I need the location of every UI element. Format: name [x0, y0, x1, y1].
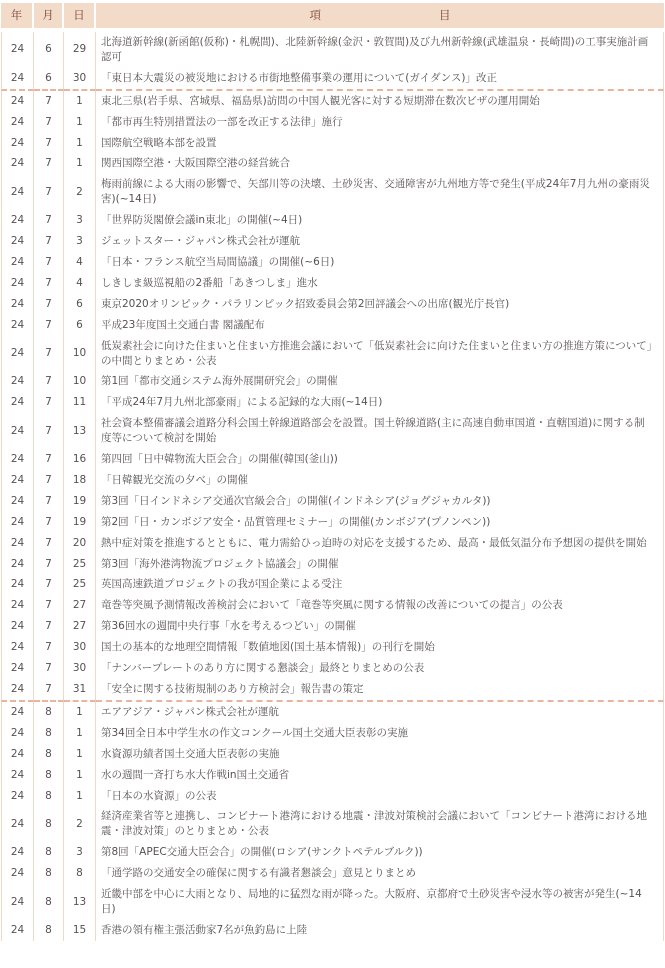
month-cell: 7 [34, 294, 64, 315]
table-row: 24 8 1 水資源功績者国土交通大臣表彰の実施 [1, 744, 664, 765]
year-cell: 24 [1, 658, 34, 679]
table-row: 24 8 1 第34回全日本中学生水の作文コンクール国土交通大臣表彰の実施 [1, 723, 664, 744]
table-row: 24 8 3 第8回「APEC交通大臣会合」の開催(ロシア(サンクトペテルブルク… [1, 842, 664, 863]
item-cell: 「東日本大震災の被災地における市街地整備事業の運用について(ガイダンス)」改正 [96, 68, 664, 91]
item-cell: 低炭素社会に向けた住まいと住まい方推進会議において「低炭素社会に向けた住まいと住… [96, 336, 664, 372]
month-cell: 7 [34, 554, 64, 575]
year-cell: 24 [1, 806, 34, 842]
day-cell: 1 [64, 786, 96, 807]
item-cell: 第3回「海外港湾物流プロジェクト協議会」の開催 [96, 554, 664, 575]
day-cell: 16 [64, 449, 96, 470]
table-row: 24 7 25 英国高速鉄道プロジェクトの我が国企業による受注 [1, 574, 664, 595]
item-cell: 竜巻等突風予測情報改善検討会において「竜巻等突風に関する情報の改善についての提言… [96, 595, 664, 616]
table-row: 24 8 2 経済産業省等と連携し、コンビナート港湾における地震・津波対策検討会… [1, 806, 664, 842]
item-cell: 「日本・フランス航空当局間協議」の開催(~6日) [96, 252, 664, 273]
month-cell: 7 [34, 679, 64, 702]
header-month: 月 [34, 3, 64, 32]
table-row: 24 7 4 しきしま級巡視船の2番船「あきつしま」進水 [1, 273, 664, 294]
item-cell: 「日韓観光交流の夕べ」の開催 [96, 470, 664, 491]
year-cell: 24 [1, 595, 34, 616]
item-cell: 平成23年度国土交通白書 閣議配布 [96, 315, 664, 336]
table-row: 24 7 3 「世界防災閣僚会議in東北」の開催(~4日) [1, 210, 664, 231]
header-item-first-char: 項 [310, 7, 322, 23]
year-cell: 24 [1, 133, 34, 154]
table-header: 年 月 日 項 目 [1, 3, 664, 32]
item-cell: 北海道新幹線(新函館(仮称)・札幌間)、北陸新幹線(金沢・敦賀間)及び九州新幹線… [96, 32, 664, 68]
year-cell: 24 [1, 533, 34, 554]
item-cell: しきしま級巡視船の2番船「あきつしま」進水 [96, 273, 664, 294]
item-cell: 水の週間一斉打ち水大作戦in国土交通省 [96, 765, 664, 786]
month-cell: 7 [34, 336, 64, 372]
month-cell: 7 [34, 174, 64, 210]
year-cell: 24 [1, 863, 34, 884]
table-row: 24 7 25 第3回「海外港湾物流プロジェクト協議会」の開催 [1, 554, 664, 575]
item-cell: 第34回全日本中学生水の作文コンクール国土交通大臣表彰の実施 [96, 723, 664, 744]
table-row: 24 8 13 近畿中部を中心に大雨となり、局地的に猛烈な雨が降った。大阪府、京… [1, 884, 664, 920]
year-cell: 24 [1, 449, 34, 470]
year-cell: 24 [1, 554, 34, 575]
year-cell: 24 [1, 637, 34, 658]
table-row: 24 7 3 ジェットスター・ジャパン株式会社が運航 [1, 231, 664, 252]
day-cell: 19 [64, 491, 96, 512]
day-cell: 10 [64, 371, 96, 392]
item-cell: 第2回「日・カンボジア安全・品質管理セミナー」の開催(カンボジア(プノンペン)) [96, 512, 664, 533]
table-row: 24 7 30 「ナンバープレートのあり方に関する懇談会」最終とりまとめの公表 [1, 658, 664, 679]
header-day: 日 [64, 3, 96, 32]
year-cell: 24 [1, 413, 34, 449]
table-row: 24 7 1 関西国際空港・大阪国際空港の経営統合 [1, 153, 664, 174]
item-cell: 第36回水の週間中央行事「水を考えるつどい」の開催 [96, 616, 664, 637]
day-cell: 6 [64, 294, 96, 315]
month-cell: 8 [34, 920, 64, 941]
item-cell: 第1回「都市交通システム海外展開研究会」の開催 [96, 371, 664, 392]
day-cell: 10 [64, 336, 96, 372]
header-item: 項 目 [96, 3, 664, 32]
year-cell: 24 [1, 470, 34, 491]
month-cell: 7 [34, 392, 64, 413]
table-row: 24 7 4 「日本・フランス航空当局間協議」の開催(~6日) [1, 252, 664, 273]
year-cell: 24 [1, 616, 34, 637]
month-cell: 8 [34, 842, 64, 863]
item-cell: 社会資本整備審議会道路分科会国土幹線道路部会を設置。国土幹線道路(主に高速自動車… [96, 413, 664, 449]
item-cell: 第3回「日インドネシア交通次官級会合」の開催(インドネシア(ジョグジャカルタ)) [96, 491, 664, 512]
item-cell: 「ナンバープレートのあり方に関する懇談会」最終とりまとめの公表 [96, 658, 664, 679]
day-cell: 1 [64, 723, 96, 744]
table-row: 24 7 11 「平成24年7月九州北部豪雨」による記録的な大雨(~14日) [1, 392, 664, 413]
item-cell: 「日本の水資源」の公表 [96, 786, 664, 807]
month-cell: 7 [34, 637, 64, 658]
day-cell: 1 [64, 133, 96, 154]
header-row: 年 月 日 項 目 [1, 3, 664, 32]
year-cell: 24 [1, 744, 34, 765]
day-cell: 1 [64, 153, 96, 174]
item-cell: 国土の基本的な地理空間情報「数値地図(国土基本情報)」の刊行を開始 [96, 637, 664, 658]
month-cell: 8 [34, 884, 64, 920]
day-cell: 3 [64, 842, 96, 863]
table-row: 24 6 30 「東日本大震災の被災地における市街地整備事業の運用について(ガイ… [1, 68, 664, 91]
table-row: 24 7 1 「都市再生特別措置法の一部を改正する法律」施行 [1, 112, 664, 133]
table-row: 24 7 31 「安全に関する技術規制のあり方検討会」報告書の策定 [1, 679, 664, 702]
month-cell: 7 [34, 252, 64, 273]
month-cell: 7 [34, 491, 64, 512]
day-cell: 30 [64, 658, 96, 679]
header-item-second-char: 目 [439, 7, 451, 23]
month-cell: 7 [34, 512, 64, 533]
month-cell: 7 [34, 112, 64, 133]
year-cell: 24 [1, 723, 34, 744]
item-cell: 「通学路の交通安全の確保に関する有識者懇談会」意見とりまとめ [96, 863, 664, 884]
table-row: 24 8 1 水の週間一斉打ち水大作戦in国土交通省 [1, 765, 664, 786]
item-cell: 東北三県(岩手県、宮城県、福島県)訪問の中国人観光客に対する短期滞在数次ビザの運… [96, 91, 664, 112]
day-cell: 6 [64, 315, 96, 336]
item-cell: 「平成24年7月九州北部豪雨」による記録的な大雨(~14日) [96, 392, 664, 413]
year-cell: 24 [1, 252, 34, 273]
day-cell: 27 [64, 595, 96, 616]
item-cell: 梅雨前線による大雨の影響で、矢部川等の決壊、土砂災害、交通障害が九州地方等で発生… [96, 174, 664, 210]
table-row: 24 7 1 国際航空戦略本部を設置 [1, 133, 664, 154]
day-cell: 19 [64, 512, 96, 533]
day-cell: 3 [64, 231, 96, 252]
day-cell: 29 [64, 32, 96, 68]
item-cell: ジェットスター・ジャパン株式会社が運航 [96, 231, 664, 252]
table-row: 24 7 20 熱中症対策を推進するとともに、電力需給ひっ迫時の対応を支援するた… [1, 533, 664, 554]
year-cell: 24 [1, 679, 34, 702]
month-cell: 8 [34, 744, 64, 765]
month-cell: 8 [34, 723, 64, 744]
year-cell: 24 [1, 786, 34, 807]
year-cell: 24 [1, 392, 34, 413]
item-cell: 第四回「日中韓物流大臣会合」の開催(韓国(釜山)) [96, 449, 664, 470]
day-cell: 31 [64, 679, 96, 702]
month-cell: 8 [34, 702, 64, 723]
day-cell: 1 [64, 765, 96, 786]
table-body: 24 6 29 北海道新幹線(新函館(仮称)・札幌間)、北陸新幹線(金沢・敦賀間… [1, 32, 664, 941]
day-cell: 18 [64, 470, 96, 491]
day-cell: 30 [64, 637, 96, 658]
month-cell: 6 [34, 32, 64, 68]
month-cell: 7 [34, 574, 64, 595]
year-cell: 24 [1, 91, 34, 112]
table-row: 24 7 27 第36回水の週間中央行事「水を考えるつどい」の開催 [1, 616, 664, 637]
year-cell: 24 [1, 842, 34, 863]
item-cell: エアアジア・ジャパン株式会社が運航 [96, 702, 664, 723]
table-row: 24 7 1 東北三県(岩手県、宮城県、福島県)訪問の中国人観光客に対する短期滞… [1, 91, 664, 112]
year-cell: 24 [1, 512, 34, 533]
month-cell: 7 [34, 153, 64, 174]
day-cell: 15 [64, 920, 96, 941]
table-row: 24 7 19 第3回「日インドネシア交通次官級会合」の開催(インドネシア(ジョ… [1, 491, 664, 512]
month-cell: 7 [34, 533, 64, 554]
month-cell: 6 [34, 68, 64, 91]
day-cell: 2 [64, 174, 96, 210]
year-cell: 24 [1, 153, 34, 174]
day-cell: 4 [64, 252, 96, 273]
day-cell: 3 [64, 210, 96, 231]
year-cell: 24 [1, 371, 34, 392]
table-row: 24 7 19 第2回「日・カンボジア安全・品質管理セミナー」の開催(カンボジア… [1, 512, 664, 533]
item-cell: 水資源功績者国土交通大臣表彰の実施 [96, 744, 664, 765]
day-cell: 13 [64, 884, 96, 920]
month-cell: 7 [34, 449, 64, 470]
table-row: 24 8 1 エアアジア・ジャパン株式会社が運航 [1, 702, 664, 723]
month-cell: 7 [34, 371, 64, 392]
year-cell: 24 [1, 231, 34, 252]
month-cell: 7 [34, 91, 64, 112]
day-cell: 1 [64, 744, 96, 765]
year-cell: 24 [1, 491, 34, 512]
day-cell: 25 [64, 554, 96, 575]
item-cell: 「世界防災閣僚会議in東北」の開催(~4日) [96, 210, 664, 231]
day-cell: 11 [64, 392, 96, 413]
table-row: 24 7 16 第四回「日中韓物流大臣会合」の開催(韓国(釜山)) [1, 449, 664, 470]
year-cell: 24 [1, 273, 34, 294]
month-cell: 7 [34, 273, 64, 294]
month-cell: 7 [34, 470, 64, 491]
day-cell: 1 [64, 702, 96, 723]
table-row: 24 7 10 第1回「都市交通システム海外展開研究会」の開催 [1, 371, 664, 392]
table-row: 24 7 30 国土の基本的な地理空間情報「数値地図(国土基本情報)」の刊行を開… [1, 637, 664, 658]
day-cell: 1 [64, 112, 96, 133]
table-row: 24 8 8 「通学路の交通安全の確保に関する有識者懇談会」意見とりまとめ [1, 863, 664, 884]
month-cell: 7 [34, 616, 64, 637]
table-row: 24 7 27 竜巻等突風予測情報改善検討会において「竜巻等突風に関する情報の改… [1, 595, 664, 616]
item-cell: 「都市再生特別措置法の一部を改正する法律」施行 [96, 112, 664, 133]
table-row: 24 7 10 低炭素社会に向けた住まいと住まい方推進会議において「低炭素社会に… [1, 336, 664, 372]
table-row: 24 8 15 香港の領有権主張活動家7名が魚釣島に上陸 [1, 920, 664, 941]
year-cell: 24 [1, 112, 34, 133]
table-row: 24 6 29 北海道新幹線(新函館(仮称)・札幌間)、北陸新幹線(金沢・敦賀間… [1, 32, 664, 68]
month-cell: 7 [34, 595, 64, 616]
header-item-label: 項 目 [96, 7, 664, 23]
day-cell: 2 [64, 806, 96, 842]
item-cell: 香港の領有権主張活動家7名が魚釣島に上陸 [96, 920, 664, 941]
year-cell: 24 [1, 294, 34, 315]
item-cell: 東京2020オリンピック・パラリンピック招致委員会第2回評議会への出席(観光庁長… [96, 294, 664, 315]
item-cell: 経済産業省等と連携し、コンビナート港湾における地震・津波対策検討会議において「コ… [96, 806, 664, 842]
year-cell: 24 [1, 336, 34, 372]
table-row: 24 7 18 「日韓観光交流の夕べ」の開催 [1, 470, 664, 491]
year-cell: 24 [1, 68, 34, 91]
day-cell: 13 [64, 413, 96, 449]
table-row: 24 7 2 梅雨前線による大雨の影響で、矢部川等の決壊、土砂災害、交通障害が九… [1, 174, 664, 210]
day-cell: 30 [64, 68, 96, 91]
day-cell: 27 [64, 616, 96, 637]
item-cell: 第8回「APEC交通大臣会合」の開催(ロシア(サンクトペテルブルク)) [96, 842, 664, 863]
month-cell: 7 [34, 133, 64, 154]
month-cell: 7 [34, 658, 64, 679]
year-cell: 24 [1, 702, 34, 723]
day-cell: 20 [64, 533, 96, 554]
month-cell: 7 [34, 231, 64, 252]
year-cell: 24 [1, 210, 34, 231]
month-cell: 8 [34, 786, 64, 807]
item-cell: 関西国際空港・大阪国際空港の経営統合 [96, 153, 664, 174]
month-cell: 8 [34, 765, 64, 786]
day-cell: 1 [64, 91, 96, 112]
item-cell: 近畿中部を中心に大雨となり、局地的に猛烈な雨が降った。大阪府、京都府で土砂災害や… [96, 884, 664, 920]
month-cell: 8 [34, 806, 64, 842]
year-cell: 24 [1, 174, 34, 210]
table-row: 24 7 6 平成23年度国土交通白書 閣議配布 [1, 315, 664, 336]
header-year: 年 [1, 3, 34, 32]
table-row: 24 7 6 東京2020オリンピック・パラリンピック招致委員会第2回評議会への… [1, 294, 664, 315]
year-cell: 24 [1, 920, 34, 941]
table-row: 24 7 13 社会資本整備審議会道路分科会国土幹線道路部会を設置。国土幹線道路… [1, 413, 664, 449]
item-cell: 英国高速鉄道プロジェクトの我が国企業による受注 [96, 574, 664, 595]
item-cell: 「安全に関する技術規制のあり方検討会」報告書の策定 [96, 679, 664, 702]
year-cell: 24 [1, 32, 34, 68]
day-cell: 25 [64, 574, 96, 595]
month-cell: 7 [34, 210, 64, 231]
month-cell: 7 [34, 413, 64, 449]
chronology-table: 年 月 日 項 目 24 6 29 北海道新幹線(新函館(仮称)・札幌間)、北陸… [1, 3, 664, 941]
day-cell: 4 [64, 273, 96, 294]
day-cell: 8 [64, 863, 96, 884]
month-cell: 7 [34, 315, 64, 336]
table-row: 24 8 1 「日本の水資源」の公表 [1, 786, 664, 807]
item-cell: 国際航空戦略本部を設置 [96, 133, 664, 154]
year-cell: 24 [1, 574, 34, 595]
year-cell: 24 [1, 765, 34, 786]
month-cell: 8 [34, 863, 64, 884]
year-cell: 24 [1, 884, 34, 920]
chronology-page: 年 月 日 項 目 24 6 29 北海道新幹線(新函館(仮称)・札幌間)、北陸… [0, 0, 665, 941]
year-cell: 24 [1, 315, 34, 336]
item-cell: 熱中症対策を推進するとともに、電力需給ひっ迫時の対応を支援するため、最高・最低気… [96, 533, 664, 554]
